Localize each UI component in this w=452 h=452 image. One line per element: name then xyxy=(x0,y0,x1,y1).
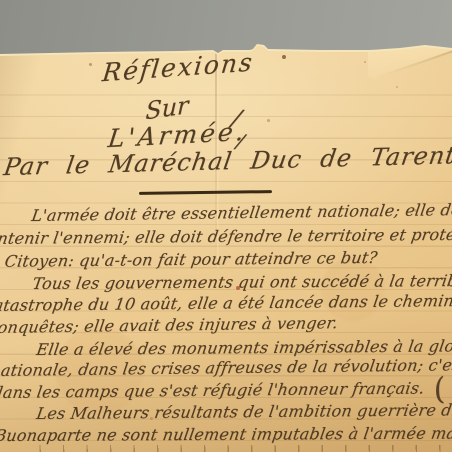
foxing-spot xyxy=(89,63,92,66)
body-line: Les Malheurs résultants de l'ambition gu… xyxy=(35,400,452,423)
clipped-bottom-line-strokes xyxy=(29,445,452,452)
foxing-spot xyxy=(396,86,398,88)
photo-of-manuscript: Réflexions Sur L'Armée. / / Par le Maréc… xyxy=(0,0,452,452)
body-line: Buonaparte ne sont nullement imputables … xyxy=(0,424,452,446)
foxing-spot xyxy=(364,61,366,63)
body-line: Tous les gouvernements qui ont succédé à… xyxy=(31,271,452,293)
foxing-spot xyxy=(267,119,270,122)
manuscript-paper: Réflexions Sur L'Armée. / / Par le Maréc… xyxy=(0,0,452,452)
foxing-spot xyxy=(282,55,286,59)
